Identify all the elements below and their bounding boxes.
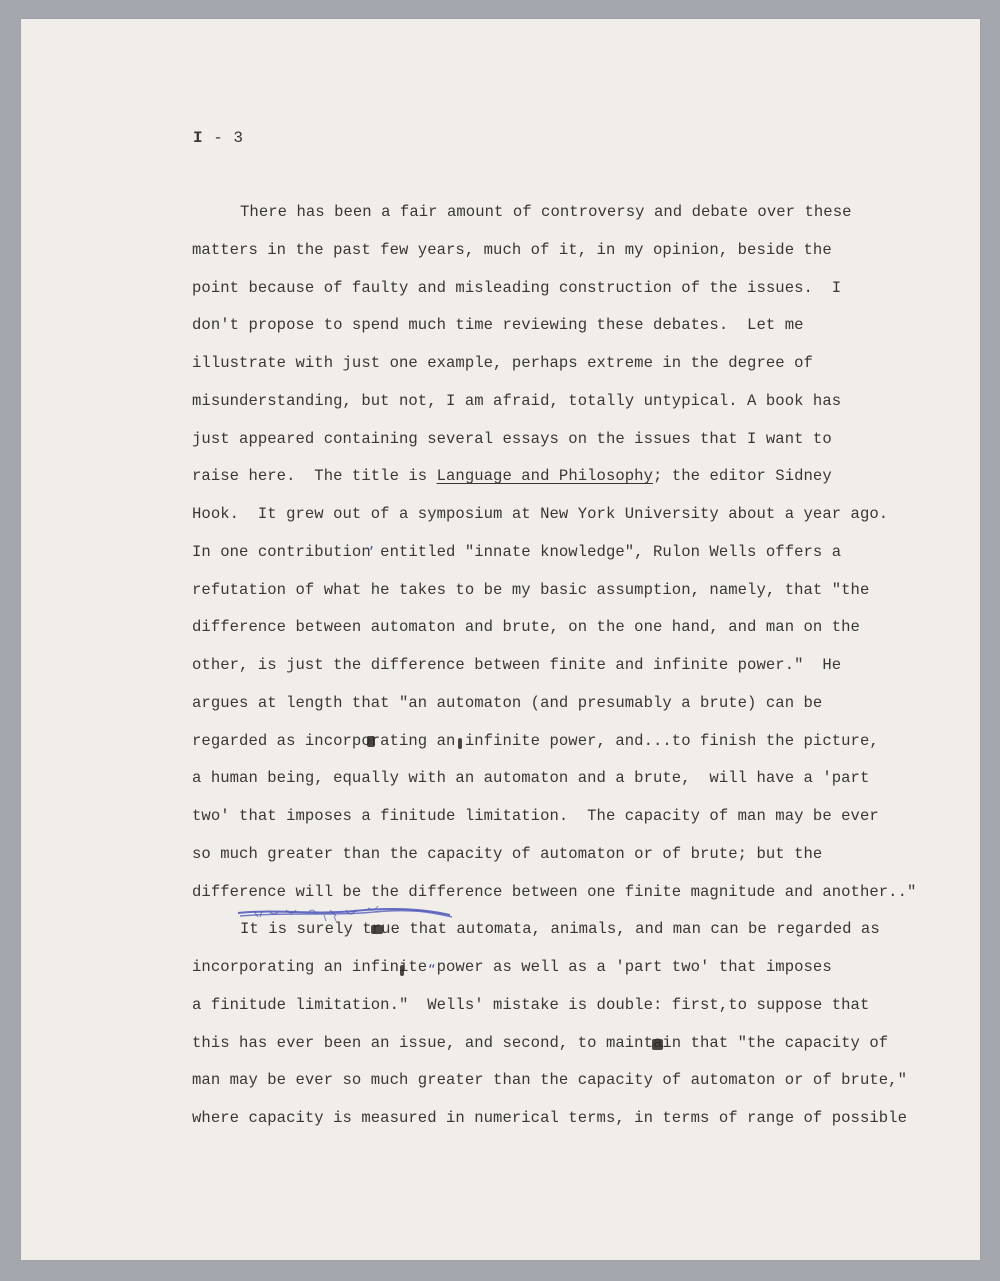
page-number: I - 3 bbox=[193, 129, 244, 147]
text-line: don't propose to spend much time reviewi… bbox=[192, 316, 804, 334]
book-title-underlined: Language and Philosophy bbox=[437, 467, 653, 485]
text-line: illustrate with just one example, perhap… bbox=[192, 354, 813, 372]
correction-smudge bbox=[371, 925, 383, 934]
text-line: point because of faulty and misleading c… bbox=[192, 279, 841, 297]
text-line: refutation of what he takes to be my bas… bbox=[192, 581, 869, 599]
text-line: incorporating an infinite power as well … bbox=[192, 958, 832, 976]
correction-smudge bbox=[400, 965, 404, 976]
text-segment: raise here. The title is bbox=[192, 467, 437, 485]
text-line: raise here. The title is Language and Ph… bbox=[192, 467, 832, 485]
page-number-section: I bbox=[193, 129, 203, 147]
text-line: a finitude limitation." Wells' mistake i… bbox=[192, 996, 869, 1014]
text-line: difference will be the difference betwee… bbox=[192, 883, 916, 901]
text-line: just appeared containing several essays … bbox=[192, 430, 832, 448]
correction-smudge bbox=[652, 1039, 663, 1050]
text-line: other, is just the difference between fi… bbox=[192, 656, 841, 674]
text-line: In one contribution entitled "innate kno… bbox=[192, 543, 841, 561]
handwritten-strikethrough-icon bbox=[234, 903, 454, 925]
text-line: a human being, equally with an automaton… bbox=[192, 769, 869, 787]
text-line: regarded as incorporating an infinite po… bbox=[192, 732, 879, 750]
document-page: I - 3 There has been a fair amount of co… bbox=[21, 19, 980, 1260]
text-line: so much greater than the capacity of aut… bbox=[192, 845, 822, 863]
text-line: There has been a fair amount of controve… bbox=[240, 203, 852, 221]
page-number-digit: 3 bbox=[233, 129, 243, 147]
text-line: two' that imposes a finitude limitation.… bbox=[192, 807, 879, 825]
correction-smudge bbox=[367, 736, 375, 747]
text-line: argues at length that "an automaton (and… bbox=[192, 694, 822, 712]
page-number-separator: - bbox=[203, 129, 233, 147]
text-line: difference between automaton and brute, … bbox=[192, 618, 860, 636]
text-line: matters in the past few years, much of i… bbox=[192, 241, 832, 259]
text-line: misunderstanding, but not, I am afraid, … bbox=[192, 392, 841, 410]
text-segment: ; the editor Sidney bbox=[653, 467, 832, 485]
text-line: man may be ever so much greater than the… bbox=[192, 1071, 907, 1089]
text-line: where capacity is measured in numerical … bbox=[192, 1109, 907, 1127]
text-line: this has ever been an issue, and second,… bbox=[192, 1034, 888, 1052]
text-line: Hook. It grew out of a symposium at New … bbox=[192, 505, 888, 523]
correction-smudge bbox=[458, 738, 462, 749]
